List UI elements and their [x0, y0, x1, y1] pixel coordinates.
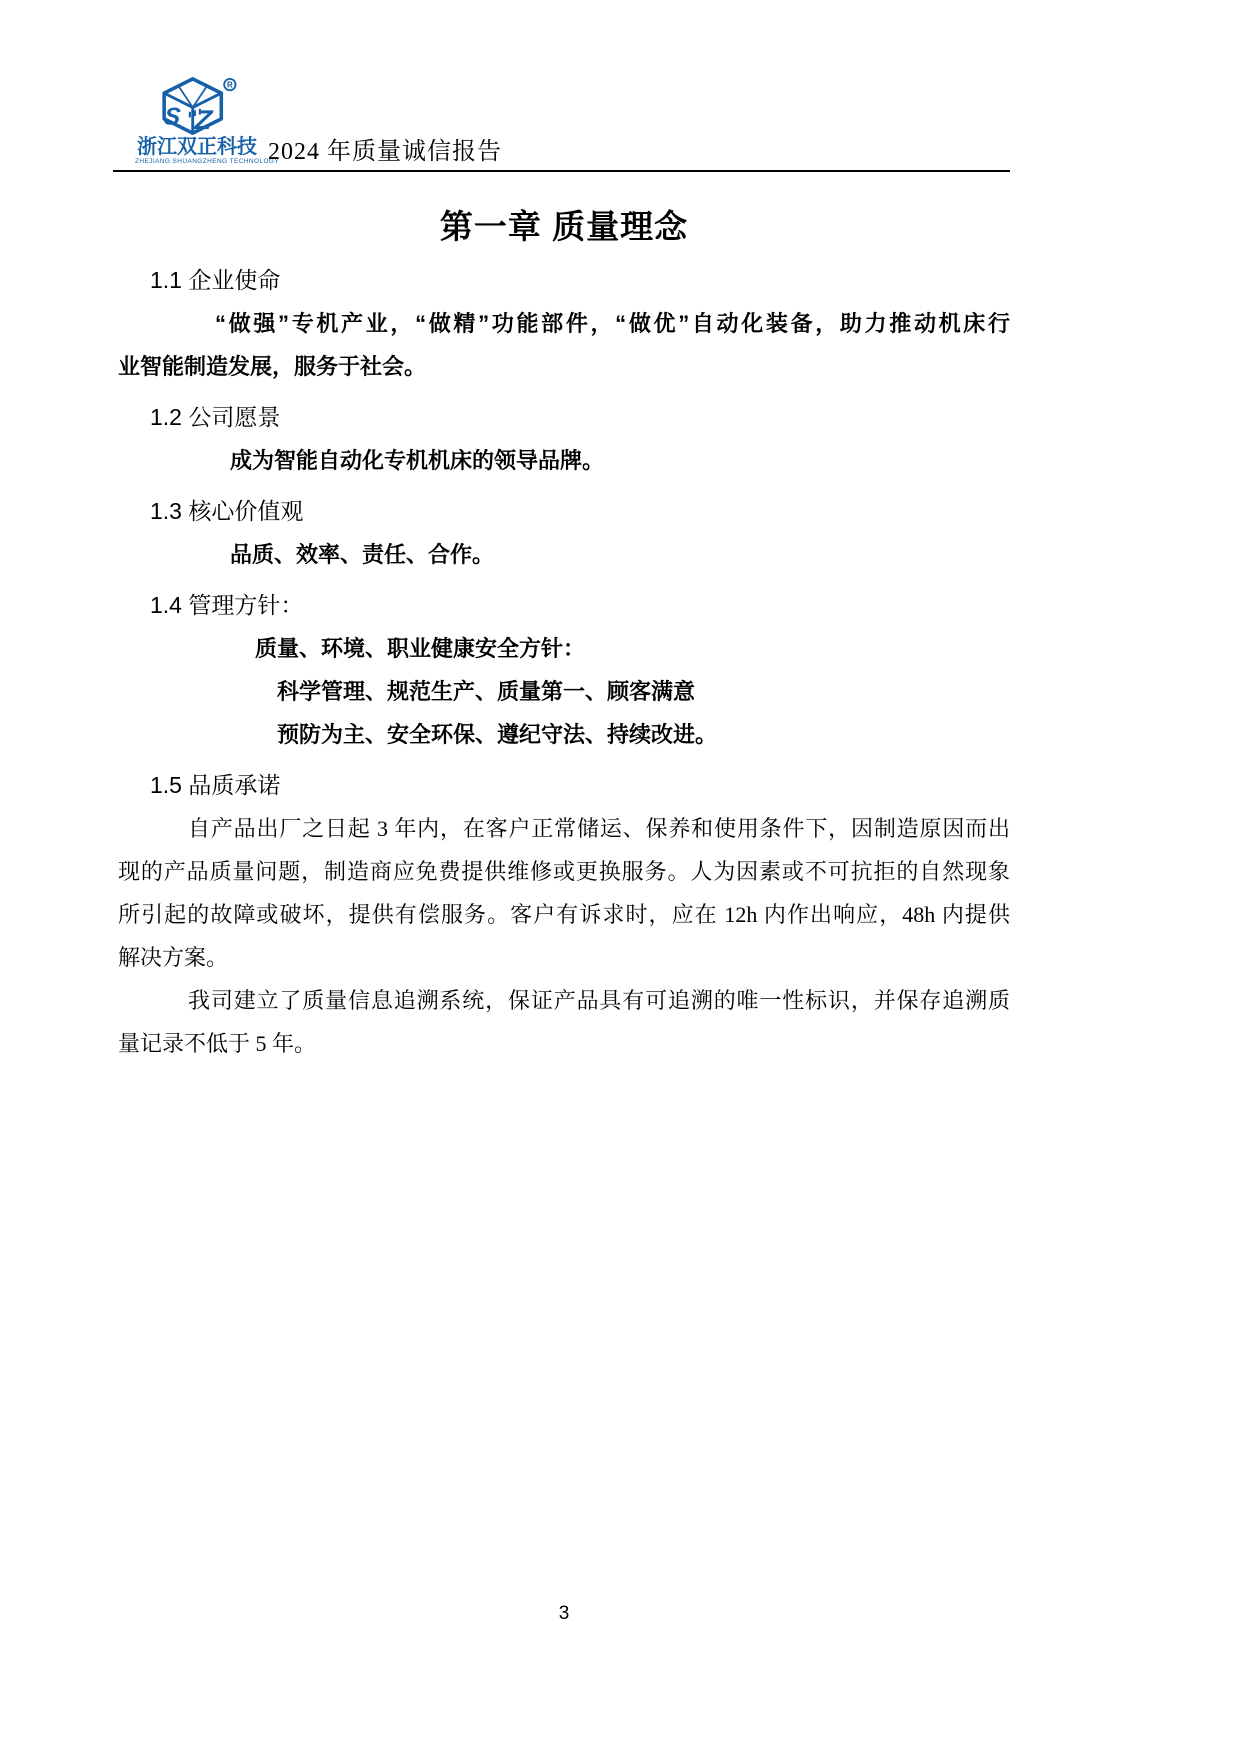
company-logo: S Z R 浙江双正科技 ZHEJIANG SHUANGZHENG TECHNO…: [135, 76, 259, 166]
commitment-para1-line-4: 解决方案。: [118, 936, 1010, 979]
svg-text:R: R: [227, 80, 233, 89]
brand-name-cn: 浙江双正科技: [135, 137, 259, 157]
values-line: 品质、效率、责任、合作。: [230, 533, 1010, 576]
page-header: S Z R 浙江双正科技 ZHEJIANG SHUANGZHENG TECHNO…: [113, 0, 1010, 172]
section-heading-1-5: 1.5 品质承诺: [150, 764, 1010, 807]
mission-line-2: 业智能制造发展，服务于社会。: [118, 345, 1010, 388]
section-heading-1-4: 1.4 管理方针：: [150, 584, 1010, 627]
page-number: 3: [118, 1603, 1010, 1625]
document-page: S Z R 浙江双正科技 ZHEJIANG SHUANGZHENG TECHNO…: [0, 0, 1240, 1754]
vision-line: 成为智能自动化专机机床的领导品牌。: [230, 439, 1010, 482]
commitment-para1-line-3: 所引起的故障或破坏，提供有偿服务。客户有诉求时，应在 12h 内作出响应，48h…: [118, 893, 1010, 936]
section-heading-1-1: 1.1 企业使命: [150, 259, 1010, 302]
commitment-para2-line-2: 量记录不低于 5 年。: [118, 1022, 1010, 1065]
chapter-title: 第一章 质量理念: [118, 203, 1010, 251]
commitment-para2-line-1: 我司建立了质量信息追溯系统，保证产品具有可追溯的唯一性标识，并保存追溯质: [188, 979, 1010, 1022]
registered-icon: R: [224, 79, 235, 90]
commitment-para1-line-2: 现的产品质量问题，制造商应免费提供维修或更换服务。人为因素或不可抗拒的自然现象: [118, 850, 1010, 893]
commitment-para1-line-1: 自产品出厂之日起 3 年内，在客户正常储运、保养和使用条件下，因制造原因而出: [188, 807, 1010, 850]
page-content: 第一章 质量理念 1.1 企业使命 “做强”专机产业，“做精”功能部件，“做优”…: [118, 203, 1010, 1065]
doc-title: 2024 年质量诚信报告: [268, 131, 502, 166]
section-heading-1-2: 1.2 公司愿景: [150, 396, 1010, 439]
section-heading-1-3: 1.3 核心价值观: [150, 490, 1010, 533]
brand-name-en: ZHEJIANG SHUANGZHENG TECHNOLOGY: [135, 159, 259, 166]
cube-logo-icon: S Z R: [155, 76, 239, 136]
logo-letter-z: Z: [193, 104, 215, 135]
policy-line-1: 质量、环境、职业健康安全方针：: [255, 627, 1010, 670]
policy-line-3: 预防为主、安全环保、遵纪守法、持续改进。: [277, 713, 1010, 756]
policy-line-2: 科学管理、规范生产、质量第一、顾客满意: [277, 670, 1010, 713]
mission-line-1: “做强”专机产业，“做精”功能部件，“做优”自动化装备，助力推动机床行: [215, 302, 1010, 345]
logo-letter-s: S: [163, 104, 182, 131]
